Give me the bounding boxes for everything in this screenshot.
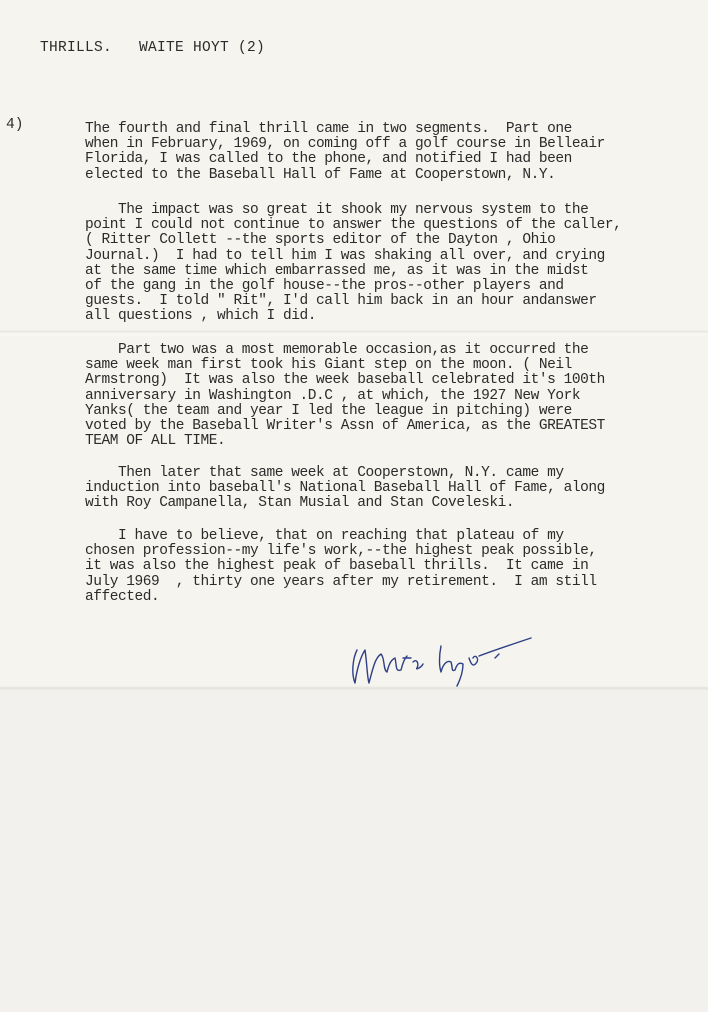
signature — [345, 628, 545, 690]
paragraph-induction: Then later that same week at Cooperstown… — [85, 466, 685, 512]
paragraph-part-two: Part two was a most memorable occasion,a… — [85, 343, 685, 449]
document-header: THRILLS. WAITE HOYT (2) — [40, 40, 265, 56]
item-number: 4) — [6, 117, 23, 133]
paragraph-hall-of-fame-call: The fourth and final thrill came in two … — [85, 122, 685, 183]
paragraph-conclusion: I have to believe, that on reaching that… — [85, 529, 685, 605]
paragraph-impact: The impact was so great it shook my nerv… — [85, 203, 685, 325]
folded-lower-panel — [0, 690, 708, 1012]
